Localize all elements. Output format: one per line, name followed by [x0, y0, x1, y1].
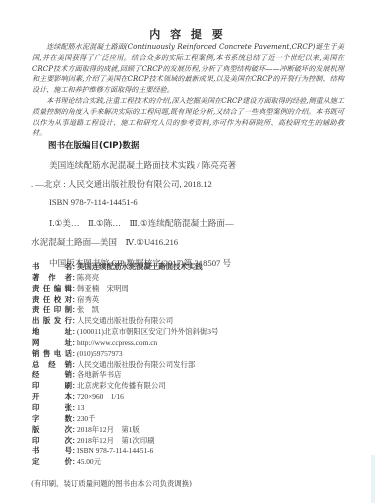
colophon-label: 地址	[32, 327, 72, 338]
colophon-row: 开本：720×960 1/16	[32, 392, 352, 403]
colophon-label-char: 版	[32, 425, 39, 436]
colophon-label-char: 址	[65, 327, 72, 338]
abstract-body: 连续配筋水泥混凝土路面(Continuously Reinforced Conc…	[32, 42, 344, 139]
colophon-label-char: 任	[43, 284, 50, 295]
colophon-label-char: 售	[43, 349, 50, 360]
colophon-row: 印张：13	[32, 403, 352, 414]
colophon-label-char: 次	[65, 436, 72, 447]
colophon-row: 出版发行：人民交通出版社股份有限公司	[32, 316, 352, 327]
colophon-row: 经销：各地新华书店	[32, 370, 352, 381]
colophon-label-char: 经	[32, 370, 39, 381]
colophon-label-char: 本	[65, 392, 72, 403]
colophon-row: 销售电话：(010)59757973	[32, 349, 352, 360]
colophon-value: (100011)北京市朝阳区安定门外外馆斜街3号	[77, 327, 218, 338]
colophon-value: 陈亮亮	[77, 273, 99, 284]
colophon-label: 书名	[32, 262, 72, 273]
colophon-row: 印次：2018年12月 第1次印刷	[32, 436, 352, 447]
colophon-label-char: 字	[32, 414, 39, 425]
colophon-label-char: 版	[43, 316, 50, 327]
colophon-label-char: 责	[32, 295, 39, 306]
colophon-label-char: 者	[65, 273, 72, 284]
colophon-label-char: 销	[65, 370, 72, 381]
colophon-row: 著作者：陈亮亮	[32, 273, 352, 284]
colophon-label-char: 次	[65, 425, 72, 436]
colophon-label-char: 张	[65, 403, 72, 414]
cip-title-line: 美国连续配筋水泥混凝土路面技术实践 / 陈亮亮著	[49, 159, 236, 171]
colophon-row: 书号：ISBN 978-7-114-14451-6	[32, 446, 352, 457]
quality-notice: (有印刷、装订质量问题的图书由本公司负责调换)	[31, 478, 192, 489]
colophon-row: 责任校对：宿秀英	[32, 295, 352, 306]
colophon-label-char: 印	[54, 305, 61, 316]
colophon-row: 地址：(100011)北京市朝阳区安定门外外馆斜街3号	[32, 327, 352, 338]
colophon-row: 版次：2018年12月 第1版	[32, 425, 352, 436]
colophon-row: 网址：http://www.ccpress.com.cn	[32, 338, 352, 349]
colophon-label-char: 印	[32, 403, 39, 414]
colophon-label-char: 编	[54, 284, 61, 295]
colophon-label-char: 价	[65, 457, 72, 468]
colophon-label-char: 号	[65, 446, 72, 457]
colophon-label-char: 销	[32, 349, 39, 360]
colophon-label-char: 总	[32, 360, 39, 371]
colophon-label: 定价	[32, 457, 72, 468]
colophon-value: 720×960 1/16	[77, 392, 124, 403]
book-copyright-page: 内 容 提 要 连续配筋水泥混凝土路面(Continuously Reinfor…	[0, 0, 375, 503]
abstract-paragraph: 连续配筋水泥混凝土路面(Continuously Reinforced Conc…	[32, 42, 344, 96]
colophon-label: 责任印制	[32, 305, 72, 316]
colophon-row: 字数：230千	[32, 414, 352, 425]
colophon-label-char: 定	[32, 457, 39, 468]
colophon-label-char: 出	[32, 316, 39, 327]
colophon-label-char: 对	[65, 295, 72, 306]
colophon: 书名：美国连续配筋水泥混凝土路面技术实践著作者：陈亮亮责任编辑：韩亚楠 宋明周责…	[32, 262, 352, 468]
colophon-value: 韩亚楠 宋明周	[77, 284, 129, 295]
colophon-label-char: 数	[65, 414, 72, 425]
colophon-label: 总经销	[32, 360, 72, 371]
colophon-label: 印刷	[32, 381, 72, 392]
colophon-value: (010)59757973	[77, 349, 123, 360]
colophon-label: 出版发行	[32, 316, 72, 327]
colophon-label: 责任编辑	[32, 284, 72, 295]
colophon-label: 印张	[32, 403, 72, 414]
colophon-label-char: 责	[32, 284, 39, 295]
colophon-label-char: 印	[32, 381, 39, 392]
abstract-title: 内 容 提 要	[0, 26, 375, 42]
cip-publisher-line: . —北京 : 人民交通出版社股份有限公司, 2018.12	[31, 178, 212, 190]
colophon-row: 书名：美国连续配筋水泥混凝土路面技术实践	[32, 262, 352, 273]
colophon-label-char: 销	[65, 360, 72, 371]
colophon-label-char: 发	[54, 316, 61, 327]
colophon-label-char: 刷	[65, 381, 72, 392]
colophon-value: 13	[77, 403, 84, 414]
colophon-label-char: 电	[54, 349, 61, 360]
cip-classification-line: Ⅰ.①美… Ⅱ.①陈… Ⅲ.①连续配筋混凝土路面—	[49, 217, 234, 229]
colophon-value: 各地新华书店	[77, 370, 121, 381]
cip-isbn-line: ISBN 978-7-114-14451-6	[49, 197, 138, 207]
colophon-value: 张 凯	[77, 305, 99, 316]
abstract-paragraph: 本书理论结合实践,注重工程技术的介绍,深入挖掘美国在CRCP建设方面取得的经验,…	[32, 96, 344, 139]
colophon-label: 开本	[32, 392, 72, 403]
colophon-label: 网址	[32, 338, 72, 349]
colophon-label-char: 著	[32, 273, 39, 284]
colophon-label: 责任校对	[32, 295, 72, 306]
colophon-row: 责任编辑：韩亚楠 宋明周	[32, 284, 352, 295]
colophon-value: ISBN 978-7-114-14451-6	[77, 446, 153, 457]
colophon-row: 总经销：人民交通出版社股份有限公司发行部	[32, 360, 352, 371]
colophon-value: 北京虎彩文化传播有限公司	[77, 381, 166, 392]
colophon-label-char: 校	[54, 295, 61, 306]
colophon-label-char: 地	[32, 327, 39, 338]
colophon-value: 宿秀英	[77, 295, 99, 306]
colophon-value: 2018年12月 第1次印刷	[77, 436, 155, 447]
colophon-label-char: 书	[32, 446, 39, 457]
colophon-value: 人民交通出版社股份有限公司	[77, 316, 173, 327]
colophon-label: 著作者	[32, 273, 72, 284]
colophon-label-char: 址	[65, 338, 72, 349]
colophon-label-char: 名	[65, 262, 72, 273]
page-edge	[371, 455, 375, 503]
colophon-label-char: 责	[32, 305, 39, 316]
colophon-label: 字数	[32, 414, 72, 425]
colophon-value: 2018年12月 第1版	[77, 425, 140, 436]
colophon-label-char: 任	[43, 295, 50, 306]
colophon-label-char: 作	[48, 273, 55, 284]
colophon-value: 230千	[77, 414, 95, 425]
colophon-label: 书号	[32, 446, 72, 457]
colophon-value: http://www.ccpress.com.cn	[77, 338, 157, 349]
colophon-row: 定价：45.00元	[32, 457, 352, 468]
colophon-row: 责任印制：张 凯	[32, 305, 352, 316]
colophon-value: 人民交通出版社股份有限公司发行部	[77, 360, 195, 371]
colophon-label-char: 网	[32, 338, 39, 349]
colophon-label-char: 任	[43, 305, 50, 316]
colophon-label: 经销	[32, 370, 72, 381]
colophon-label: 版次	[32, 425, 72, 436]
cip-heading: 图书在版编目(CIP)数据	[48, 139, 139, 151]
colophon-label-char: 经	[48, 360, 55, 371]
colophon-label-char: 制	[65, 305, 72, 316]
colophon-value: 美国连续配筋水泥混凝土路面技术实践	[77, 262, 203, 273]
colophon-label: 销售电话	[32, 349, 72, 360]
colophon-label: 印次	[32, 436, 72, 447]
colophon-label-char: 开	[32, 392, 39, 403]
colophon-row: 印刷：北京虎彩文化传播有限公司	[32, 381, 352, 392]
colophon-label-char: 书	[32, 262, 39, 273]
colophon-label-char: 行	[65, 316, 72, 327]
colophon-label-char: 辑	[65, 284, 72, 295]
colophon-value: 45.00元	[77, 457, 101, 468]
cip-classification-line-cont: 水泥混凝土路面—美国 Ⅳ.①U416.216	[31, 236, 178, 248]
colophon-label-char: 印	[32, 436, 39, 447]
colophon-label-char: 话	[65, 349, 72, 360]
